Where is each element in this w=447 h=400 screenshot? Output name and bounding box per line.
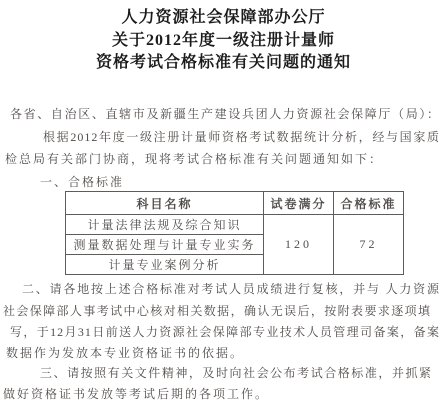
full-score-cell: 120: [264, 215, 334, 275]
subject-cell-2: 测量数据处理与计量专业实务: [66, 235, 264, 255]
subject-cell-3: 计量专业案例分析: [66, 255, 264, 275]
para2-line-4: 数据作为发放本专业资格证书的依据。: [6, 345, 244, 362]
salutation-line: 各省、自治区、直辖市及新疆生产建设兵团人力资源社会保障厅（局）：: [10, 106, 440, 123]
para2-line-1: 二、请各地按上述合格标准对考试人员成绩进行复核，并与 人力资源: [22, 281, 440, 298]
para2-line-3: 写，于12月31日前送人力资源社会保障部专业技术人员管理司备案，备案: [10, 324, 440, 341]
para1-line-1: 根据2012年度一级注册计量师资格考试数据统计分析，经与国家质: [43, 129, 440, 146]
pass-standard-table: 科目名称 试卷满分 合格标准 计量法律法规及综合知识 120 72 测量数据处理…: [65, 191, 404, 275]
table-header-pass-score: 合格标准: [334, 192, 404, 215]
pass-score-cell: 72: [334, 215, 404, 275]
table-header-row: 科目名称 试卷满分 合格标准: [66, 192, 404, 215]
table-row-subject-1: 计量法律法规及综合知识 120 72: [66, 215, 404, 235]
table-header-subject: 科目名称: [66, 192, 264, 215]
table-header-full-score: 试卷满分: [264, 192, 334, 215]
doc-title-line-1: 人力资源社会保障部办公厅: [0, 4, 447, 27]
para3-line-2: 做好资格证书发放等考试后期的各项工作。: [3, 386, 269, 400]
doc-title-line-3: 资格考试合格标准有关问题的通知: [0, 49, 447, 72]
doc-title-line-2: 关于2012年度一级注册计量师: [0, 27, 447, 50]
para1-line-2: 检总局有关部门协商，现将考试合格标准有关问题通知如下：: [5, 151, 383, 168]
document-page: 人力资源社会保障部办公厅 关于2012年度一级注册计量师 资格考试合格标准有关问…: [0, 0, 447, 400]
para3-line-1: 三、请按照有关文件精神，及时向社会公布考试合格标准，并抓紧: [40, 365, 432, 382]
section1-heading: 一、合格标准: [40, 174, 124, 191]
para2-line-2: 社会保障部人事考试中心核对相关数据，确认无误后，按附表要求逐项填: [3, 303, 431, 320]
subject-cell-1: 计量法律法规及综合知识: [66, 215, 264, 235]
